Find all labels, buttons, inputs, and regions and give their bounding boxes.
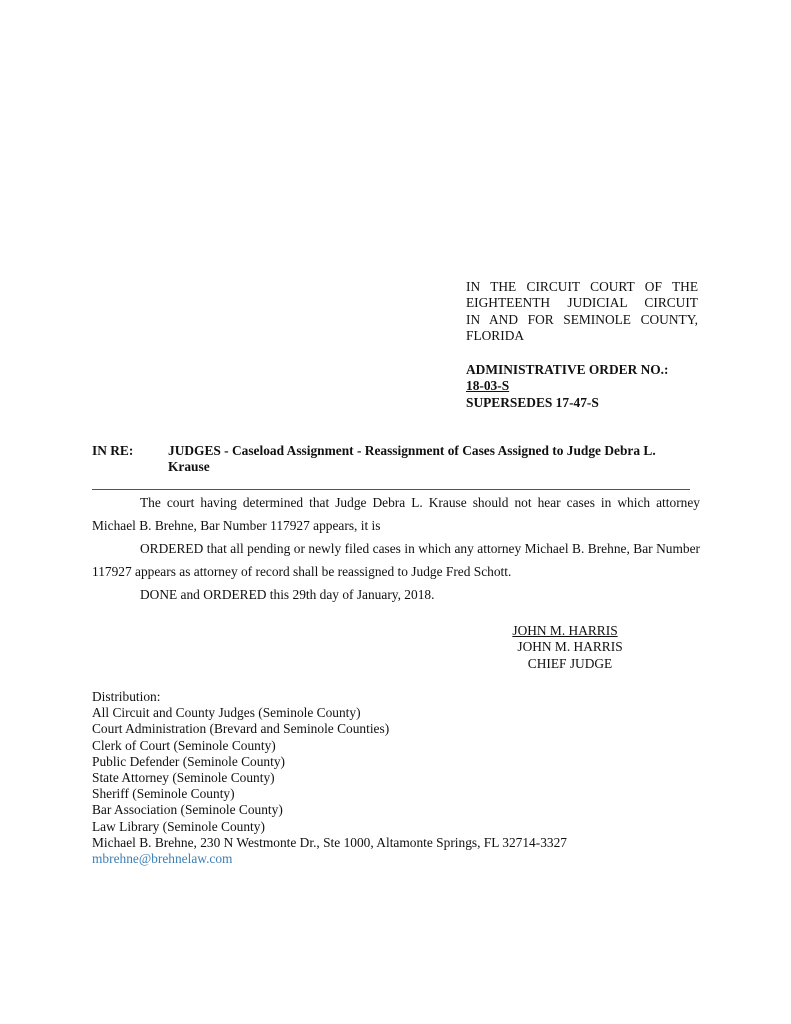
distribution-recipient: Michael B. Brehne, 230 N Westmonte Dr., … [92, 835, 567, 851]
signature-block: JOHN M. HARRIS JOHN M. HARRIS CHIEF JUDG… [500, 623, 640, 672]
in-re-label: IN RE: [92, 443, 133, 459]
order-label: ADMINISTRATIVE ORDER NO.: [466, 362, 669, 378]
body-paragraph: ORDERED that all pending or newly filed … [92, 537, 700, 583]
distribution-list: Distribution: All Circuit and County Jud… [92, 689, 567, 867]
signed-name: JOHN M. HARRIS [490, 623, 640, 639]
body-paragraph: DONE and ORDERED this 29th day of Januar… [92, 583, 700, 606]
document-page: IN THE CIRCUIT COURT OF THE EIGHTEENTH J… [0, 0, 791, 1024]
signer-title: CHIEF JUDGE [500, 656, 640, 672]
order-number: 18-03-S [466, 378, 669, 394]
court-caption-line: FLORIDA [466, 328, 698, 344]
administrative-order-block: ADMINISTRATIVE ORDER NO.: 18-03-S SUPERS… [466, 362, 669, 411]
court-caption-line: EIGHTEENTH JUDICIAL CIRCUIT [466, 295, 698, 311]
printed-name: JOHN M. HARRIS [500, 639, 640, 655]
distribution-recipient: Bar Association (Seminole County) [92, 802, 567, 818]
distribution-heading: Distribution: [92, 689, 567, 705]
supersedes-line: SUPERSEDES 17-47-S [466, 395, 669, 411]
distribution-recipient: Public Defender (Seminole County) [92, 754, 567, 770]
distribution-recipient: Clerk of Court (Seminole County) [92, 738, 567, 754]
in-re-subject: JUDGES - Caseload Assignment - Reassignm… [168, 443, 698, 476]
court-caption-line: IN THE CIRCUIT COURT OF THE [466, 279, 698, 295]
distribution-recipient: Law Library (Seminole County) [92, 819, 567, 835]
body-paragraph: The court having determined that Judge D… [92, 491, 700, 537]
distribution-recipient: Court Administration (Brevard and Semino… [92, 721, 567, 737]
distribution-recipient: All Circuit and County Judges (Seminole … [92, 705, 567, 721]
distribution-recipient: Sheriff (Seminole County) [92, 786, 567, 802]
email-link[interactable]: mbrehne@brehnelaw.com [92, 851, 232, 866]
distribution-recipient: State Attorney (Seminole County) [92, 770, 567, 786]
order-body: The court having determined that Judge D… [92, 491, 700, 606]
court-caption: IN THE CIRCUIT COURT OF THE EIGHTEENTH J… [466, 279, 698, 345]
divider-rule [92, 489, 690, 490]
court-caption-line: IN AND FOR SEMINOLE COUNTY, [466, 312, 698, 328]
